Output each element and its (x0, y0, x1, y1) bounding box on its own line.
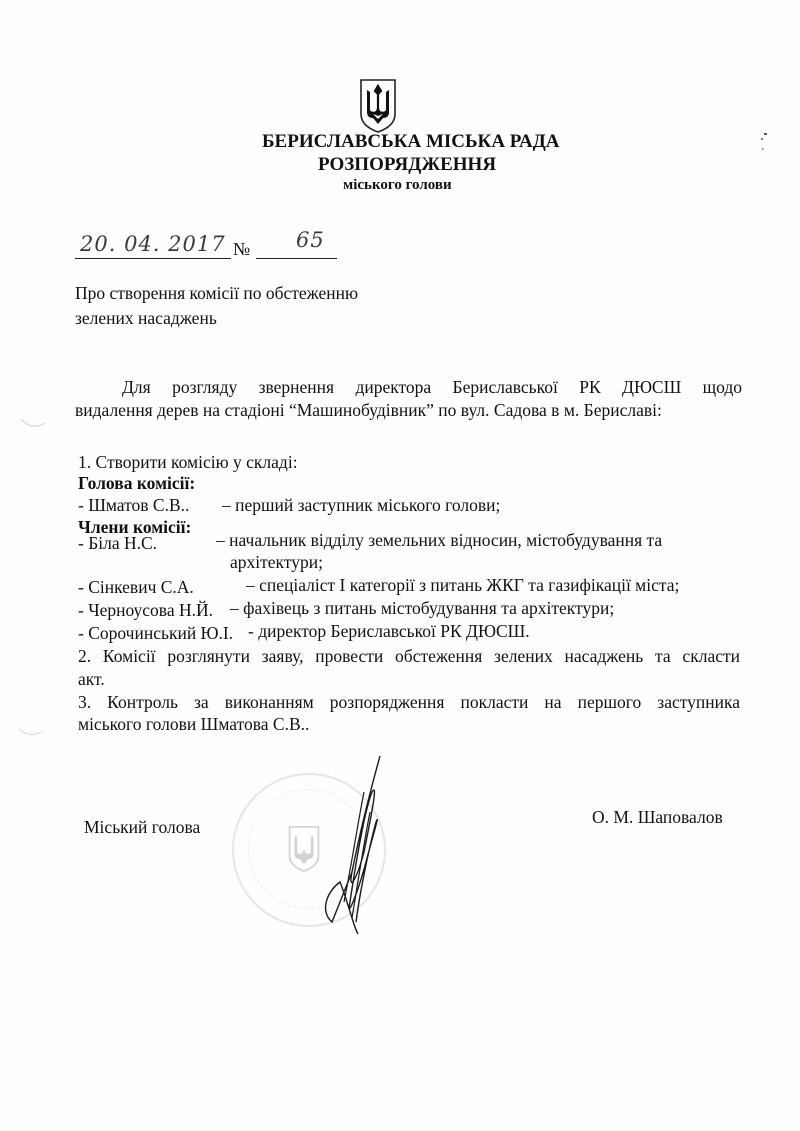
preamble-line-1: Для розгляду звернення директора Берисла… (122, 376, 742, 398)
item-1: 1. Створити комісію у складі: (78, 451, 298, 473)
punch-hole-mark (16, 725, 46, 745)
item-3-line-1: 3. Контроль за виконанням розпорядження … (78, 691, 740, 713)
number-label: № (233, 239, 250, 260)
document-page: БЕРИСЛАВСЬКА МІСЬКА РАДА РОЗПОРЯДЖЕННЯ м… (0, 0, 800, 1131)
signatory-position: Міський голова (84, 816, 200, 838)
preamble-line-2: видалення дерев на стадіоні “Машинобудів… (75, 399, 662, 421)
member-role: – спеціаліст І категорії з питань ЖКГ та… (246, 574, 679, 596)
date-underline (75, 258, 231, 259)
scan-artifact (755, 130, 775, 154)
signatory-name: О. М. Шаповалов (592, 806, 723, 828)
subject-line-2: зелених насаджень (75, 307, 217, 329)
handwritten-number: 65 (296, 228, 325, 252)
member-name: - Біла Н.С. (78, 532, 157, 554)
member-role-continued: архітектури; (230, 551, 323, 573)
member-name: - Черноусова Н.Й. (78, 599, 213, 621)
item-3-line-2: міського голови Шматова С.В.. (78, 713, 309, 735)
handwritten-signature (260, 752, 400, 952)
member-role: – фахівець з питань містобудування та ар… (230, 597, 614, 619)
punch-hole-mark (18, 415, 48, 435)
trident-coat-of-arms-icon (358, 78, 398, 134)
member-role: – начальник відділу земельних відносин, … (216, 529, 662, 551)
chair-name: - Шматов С.В.. (78, 494, 189, 516)
chair-role: – перший заступник міського голови; (222, 494, 500, 516)
chair-heading: Голова комісії: (78, 472, 195, 494)
item-2-line-1: 2. Комісії розглянути заяву, провести об… (78, 645, 740, 667)
member-name: - Сорочинський Ю.І. (78, 622, 233, 644)
number-underline (256, 258, 337, 259)
subject-line-1: Про створення комісії по обстеженню (75, 282, 358, 304)
member-name: - Сінкевич С.А. (78, 576, 194, 598)
member-role: - директор Бериславської РК ДЮСШ. (248, 620, 530, 642)
handwritten-date: 20. 04. 2017 (80, 232, 226, 256)
item-2-line-2: акт. (78, 668, 105, 690)
